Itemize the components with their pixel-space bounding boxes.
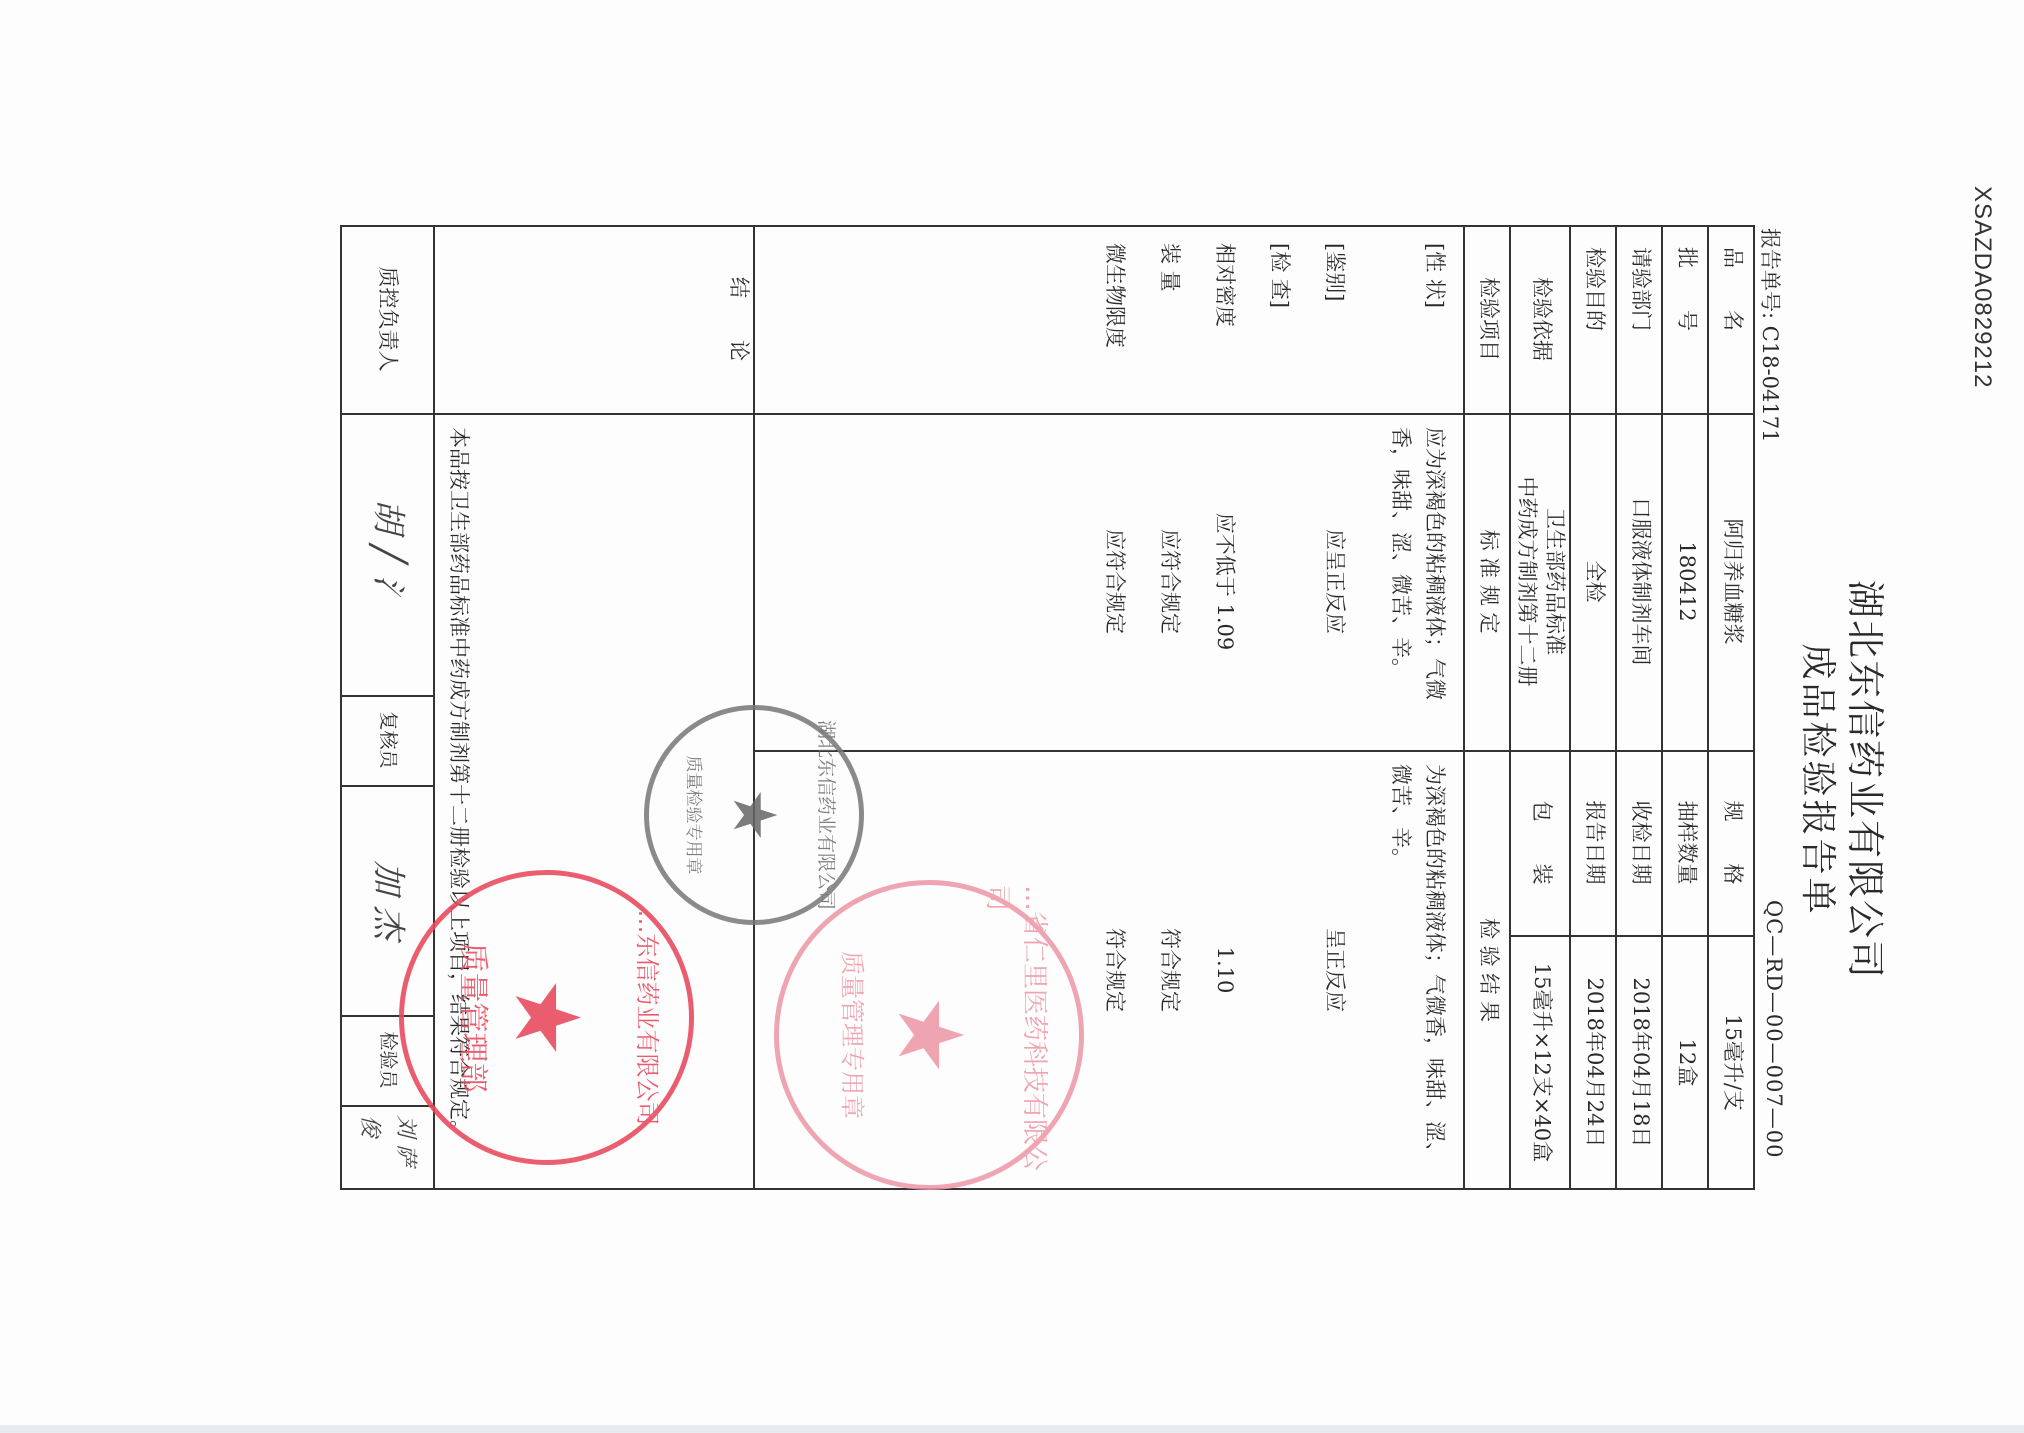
report_date-value: 2018年04月24日 [1571,935,1617,1190]
scan-id: XSAZDA0829212 [1968,186,1996,388]
test-standard: 应符合规定 [1089,421,1135,742]
grey-stamp: ★ 湖北东信药业有限公司 质量检验专用章 [644,705,864,925]
test-result: 呈正反应 [1309,758,1355,1182]
stamp-inner-text: 质量管理部 [454,943,498,1093]
form-code: QC—RD—00—007—00 [1762,900,1786,1158]
stamp-outer-text: …省仁里医药科技有限公司 [981,885,1055,1185]
red-stamp-left: ★ …省仁里医药科技有限公司 质量管理专用章 [774,880,1084,1190]
stamp-star-icon: ★ [884,995,974,1076]
table-rule [755,750,1465,752]
dept-label: 请验部门 [1617,225,1663,413]
receive_date-value: 2018年04月18日 [1617,935,1663,1190]
basis-label: 检验依据 [1511,225,1571,413]
dept-value: 口服液体制剂车间 [1617,413,1663,750]
sample_qty-value: 12盒 [1663,935,1709,1190]
stamp-outer-text: 湖北东信药业有限公司 [814,720,841,910]
test-result: 符合规定 [1089,758,1135,1182]
package-label: 包 装 [1511,750,1571,935]
test-standard [1254,421,1300,742]
batch-label: 批 号 [1663,225,1709,413]
inspector-signature: 刘 萨 俊 [340,1105,435,1190]
stamp-star-icon: ★ [502,977,592,1058]
report-title: 成品检验报告单 [1795,300,1846,1260]
report-number: 报告单号: C18-04171 [1756,228,1786,442]
test-standard: 应符合规定 [1144,421,1190,742]
sample_qty-label: 抽样数量 [1663,750,1709,935]
col-result-header: 检 验 结 果 [1465,750,1511,1190]
stamp-outer-text: …东信药业有限公司 [632,910,667,1126]
batch-value: 180412 [1663,413,1709,750]
test-item: 相对密度 [1199,225,1245,413]
test-item: [检 查] [1254,225,1300,413]
red-stamp-right: ★ …东信药业有限公司 质量管理部 [399,870,694,1165]
spec-value: 15毫升/支 [1709,935,1755,1190]
report-number-value: C18-04171 [1758,326,1782,443]
purpose-label: 检验目的 [1571,225,1617,413]
test-item: 微生物限度 [1089,225,1135,413]
test-result: 为深褐色的粘稠液体；气微香，味甜、涩、微苦、辛。 [1365,758,1455,1182]
col-standard-header: 标 准 规 定 [1465,413,1511,750]
test-standard: 应为深褐色的粘稠液体；气微香，味甜、涩、微苦、辛。 [1365,421,1455,742]
stamp-inner-text: 质量检验专用章 [683,756,708,875]
qc-head-signature: 胡 ╱ 氵 [340,413,435,695]
report-number-label: 报告单号: [1758,228,1782,319]
reviewer-label: 复核员 [340,695,435,785]
company-name: 湖北东信药业有限公司 [1841,300,1896,1260]
test-standard: 应呈正反应 [1309,421,1355,742]
basis-line2: 中药成方制剂第十二册 [1513,477,1541,687]
basis-value: 卫生部药品标准中药成方制剂第十二册 [1511,413,1571,750]
stamp-inner-text: 质量管理专用章 [837,951,872,1119]
product_name-value: 阿归养血糖浆 [1709,413,1755,750]
test-item: [鉴别] [1309,225,1355,413]
qc-head-label: 质控负责人 [340,225,435,413]
test-item: [性 状] [1365,225,1455,413]
test-result: 1.10 [1199,758,1245,1182]
receive_date-label: 收检日期 [1617,750,1663,935]
report-sheet: XSAZDA0829212 湖北东信药业有限公司 成品检验报告单 报告单号: C… [0,0,2024,1433]
package-value: 15毫升×12支×40盒 [1511,935,1571,1190]
test-standard: 应不低于 1.09 [1199,421,1245,742]
product_name-label: 品 名 [1709,225,1755,413]
conclusion-label: 结 论 [435,225,755,413]
stamp-star-icon: ★ [724,788,784,842]
report_date-label: 报告日期 [1571,750,1617,935]
col-item-header: 检验项目 [1465,225,1511,413]
basis-line1: 卫生部药品标准 [1541,477,1569,687]
test-result [1254,758,1300,1182]
purpose-value: 全检 [1571,413,1617,750]
test-result: 符合规定 [1144,758,1190,1182]
spec-label: 规 格 [1709,750,1755,935]
test-item: 装 量 [1144,225,1190,413]
